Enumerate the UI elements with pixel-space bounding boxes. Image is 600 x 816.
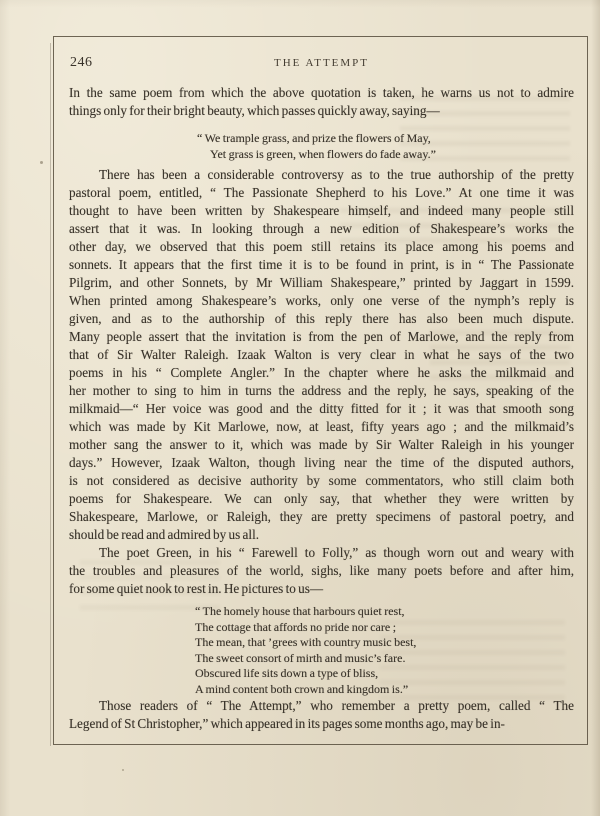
text-line: Many people assert that the invitation i… — [69, 328, 574, 346]
text-line: sonnets. It appears that the first time … — [69, 256, 574, 274]
text-line: should be read and admired by us all. — [69, 526, 574, 544]
paragraph: Those readers of “ The Attempt,” who rem… — [69, 697, 574, 733]
text-line: In the same poem from which the above qu… — [69, 84, 574, 102]
text-line: Pilgrim, and other Sonnets, by Mr Willia… — [69, 274, 574, 292]
text-line: is not considered as decisive authority … — [69, 472, 574, 490]
paragraph: The poet Green, in his “ Farewell to Fol… — [69, 544, 574, 598]
paragraph: In the same poem from which the above qu… — [69, 84, 574, 120]
scanned-book-page: 246 THE ATTEMPT In the same poem from wh… — [0, 0, 600, 816]
text-line: There has been a considerable controvers… — [69, 166, 574, 184]
page-border-frame: 246 THE ATTEMPT In the same poem from wh… — [53, 36, 588, 745]
text-line: her mother to sing to him in turns the a… — [69, 382, 574, 400]
verse-line: The mean, that ’grees with country music… — [195, 635, 574, 651]
verse-quotation: “ We trample grass, and prize the flower… — [197, 131, 574, 162]
text-line: other day, we observed that this poem st… — [69, 238, 574, 256]
text-line: Legend of St Christopher,” which appeare… — [69, 715, 574, 733]
verse-line: The cottage that affords no pride nor ca… — [195, 620, 574, 636]
verse-line: A mind content both crown and kingdom is… — [195, 682, 574, 698]
verse-line: Yet grass is green, when flowers do fade… — [197, 147, 574, 163]
verse-line: “ We trample grass, and prize the flower… — [197, 131, 574, 147]
text-line: assert that it was. In looking through a… — [69, 220, 574, 238]
paragraph: There has been a considerable controvers… — [69, 166, 574, 544]
running-title: THE ATTEMPT — [69, 57, 574, 69]
verse-line: Obscured life sits down a type of bliss, — [195, 666, 574, 682]
paper-speck — [40, 161, 43, 164]
text-line: milkmaid—“ Her voice was good and the di… — [69, 400, 574, 418]
text-line: Shakespeare, Marlowe, or Raleigh, they a… — [69, 508, 574, 526]
text-line: poems in his “ Complete Angler.” In the … — [69, 364, 574, 382]
text-line: thought to have been written by Shakespe… — [69, 202, 574, 220]
verse-line: The sweet consort of mirth and music’s f… — [195, 651, 574, 667]
text-line: The poet Green, in his “ Farewell to Fol… — [69, 544, 574, 562]
text-line: pastoral poem, entitled, “ The Passionat… — [69, 184, 574, 202]
page-header-row: 246 THE ATTEMPT — [69, 55, 574, 70]
text-line: that of Sir Walter Raleigh. Izaak Walton… — [69, 346, 574, 364]
text-line: poems for Shakespeare. We can only say, … — [69, 490, 574, 508]
text-line: When printed among Shakespeare’s works, … — [69, 292, 574, 310]
text-line: which was made by Kit Marlowe, now, at l… — [69, 418, 574, 436]
text-line: for some quiet nook to rest in. He pictu… — [69, 580, 574, 598]
text-line: Those readers of “ The Attempt,” who rem… — [69, 697, 574, 715]
text-line: mother sang the answer to it, which was … — [69, 436, 574, 454]
text-line: days.” However, Izaak Walton, though liv… — [69, 454, 574, 472]
text-line: given, and as to the authorship of this … — [69, 310, 574, 328]
verse-quotation: “ The homely house that harbours quiet r… — [195, 604, 574, 697]
text-line: things only for their bright beauty, whi… — [69, 102, 574, 120]
verse-line: “ The homely house that harbours quiet r… — [195, 604, 574, 620]
page-body-text: In the same poem from which the above qu… — [69, 84, 574, 733]
text-line: the troubles and pleasures of the world,… — [69, 562, 574, 580]
paper-speck — [122, 769, 124, 771]
